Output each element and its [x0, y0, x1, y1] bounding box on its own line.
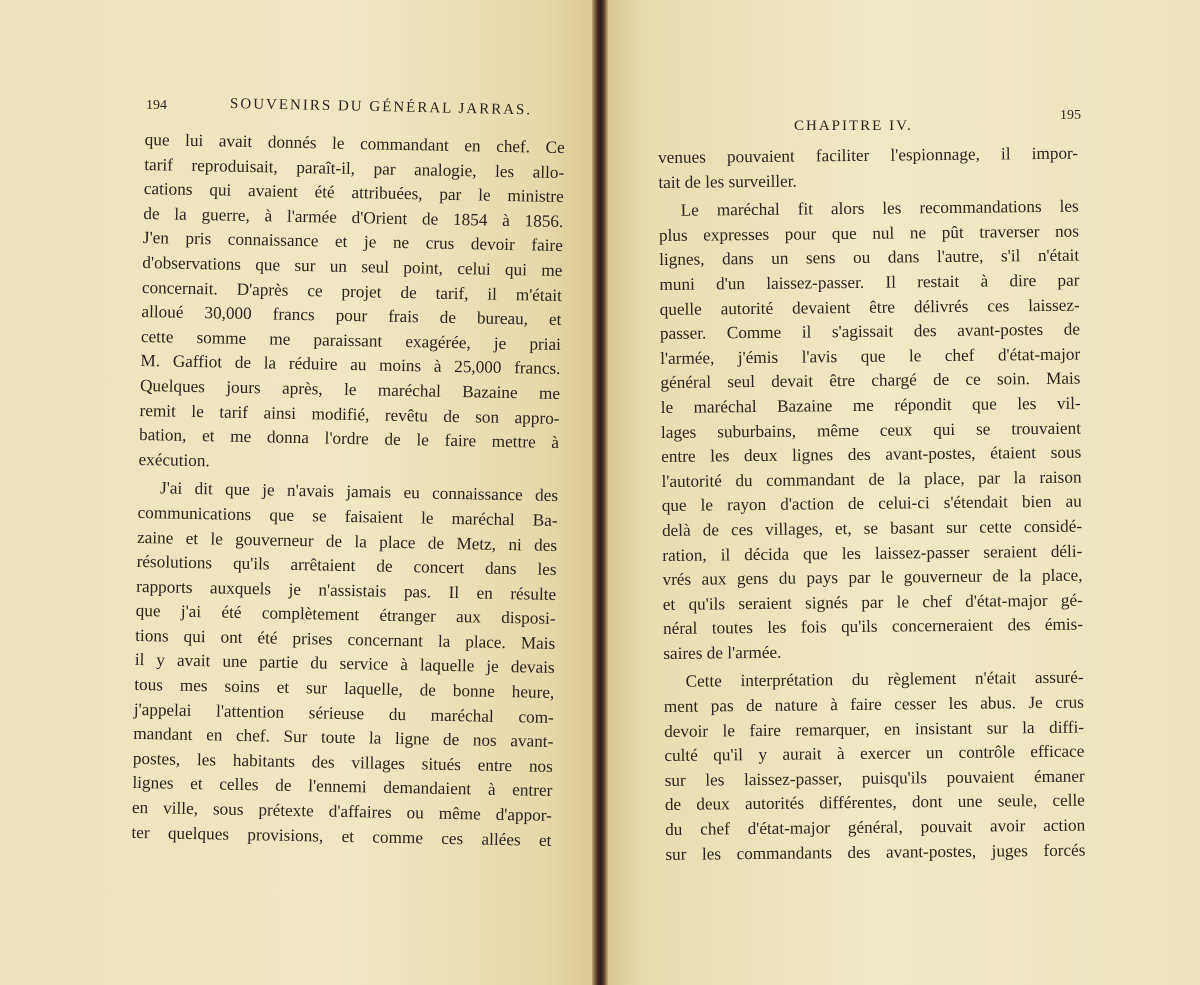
book-gutter [592, 0, 608, 985]
left-page-body: que lui avait donnés le commandant en ch… [131, 128, 565, 853]
text-line: venues pouvaient faciliter l'espionnage,… [658, 142, 1078, 171]
open-book-spread: 194 SOUVENIRS DU GÉNÉRAL JARRAS. que lui… [0, 0, 1200, 985]
right-page: CHAPITRE IV. 195 venues pouvaient facili… [608, 0, 1200, 985]
text-line: muni d'un laissez-passer. Il restait à d… [659, 269, 1079, 298]
text-line: le maréchal Bazaine me répondit que les … [661, 392, 1081, 421]
text-line: néral toutes les fois qu'ils concernerai… [663, 613, 1083, 642]
right-page-body: venues pouvaient faciliter l'espionnage,… [658, 142, 1086, 868]
page-number: 194 [146, 98, 167, 114]
running-header: SOUVENIRS DU GÉNÉRAL JARRAS. [230, 96, 532, 119]
left-page: 194 SOUVENIRS DU GÉNÉRAL JARRAS. que lui… [0, 0, 592, 985]
text-line: sur les commandants des avant-postes, ju… [665, 838, 1085, 867]
running-header: CHAPITRE IV. [794, 118, 913, 135]
page-number: 195 [1060, 108, 1081, 124]
text-line: delà de ces villages, et, se basant sur … [662, 514, 1082, 543]
